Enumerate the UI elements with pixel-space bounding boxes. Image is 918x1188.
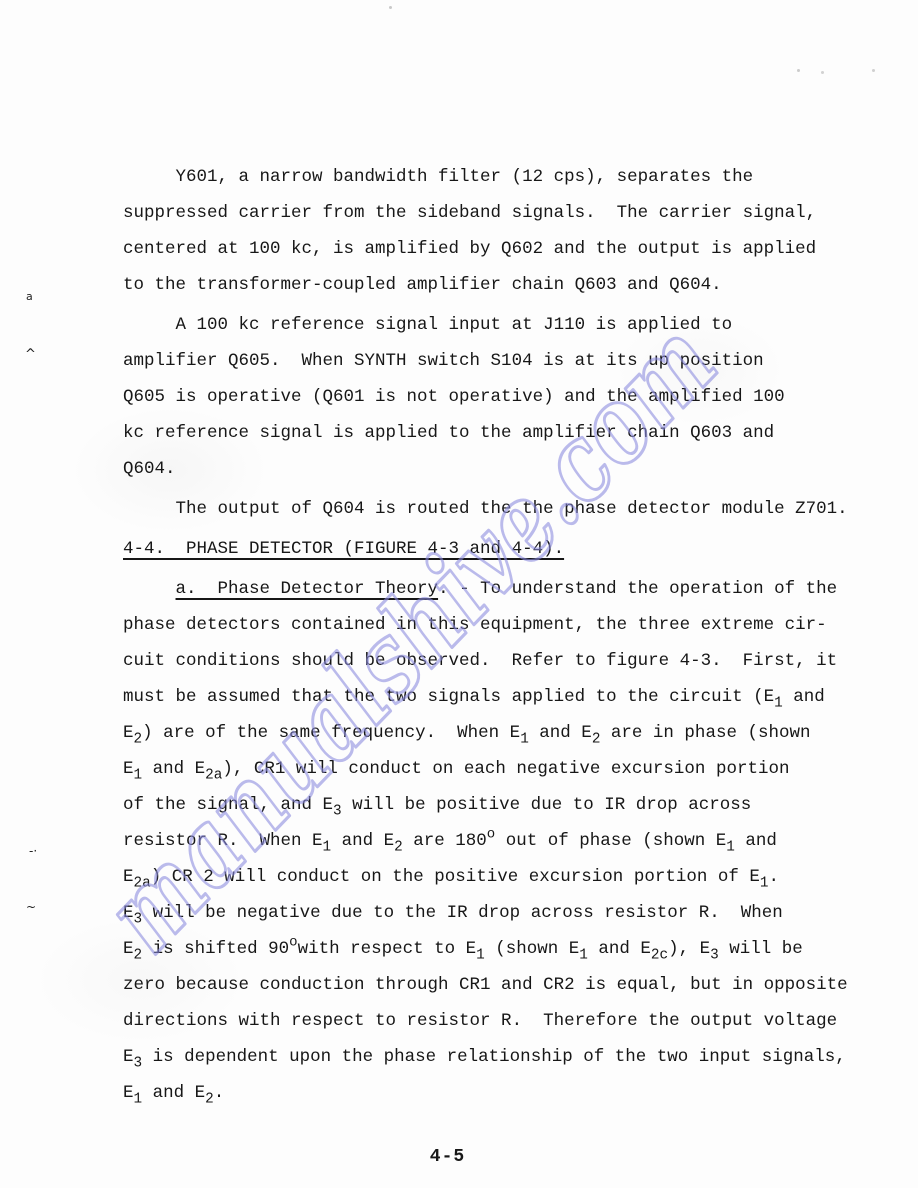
section-heading-4-4: 4-4. PHASE DETECTOR (FIGURE 4-3 and 4-4)… (123, 531, 883, 567)
text-line: resistor R. When E1 and E2 are 180o out … (123, 823, 883, 859)
text-line: E3 will be negative due to the IR drop a… (123, 895, 883, 931)
margin-mark: a (26, 291, 33, 302)
text-line: suppressed carrier from the sideband sig… (123, 195, 883, 231)
text-line: directions with respect to resistor R. T… (123, 1003, 883, 1039)
text-line: Q605 is operative (Q601 is not operative… (123, 379, 883, 415)
paragraph-1: Y601, a narrow bandwidth filter (12 cps)… (123, 159, 883, 303)
text-line: Q604. (123, 451, 883, 487)
text-line: amplifier Q605. When SYNTH switch S104 i… (123, 343, 883, 379)
text-line: E1 and E2. (123, 1075, 883, 1111)
text-line: E1 and E2a), CR1 will conduct on each ne… (123, 751, 883, 787)
scan-speck (389, 6, 392, 9)
scan-speck (797, 69, 800, 72)
text-line: Y601, a narrow bandwidth filter (12 cps)… (123, 159, 883, 195)
text-line: E3 is dependent upon the phase relations… (123, 1039, 883, 1075)
text-body: Y601, a narrow bandwidth filter (12 cps)… (123, 159, 883, 1115)
text-line: E2 is shifted 90owith respect to E1 (sho… (123, 931, 883, 967)
text-line: cuit conditions should be observed. Refe… (123, 643, 883, 679)
paragraph-4a-phase-detector-theory: a. Phase Detector Theory. - To understan… (123, 571, 883, 1111)
text-line: kc reference signal is applied to the am… (123, 415, 883, 451)
scanned-manual-page: Y601, a narrow bandwidth filter (12 cps)… (0, 0, 918, 1188)
text-line: to the transformer-coupled amplifier cha… (123, 267, 883, 303)
text-line: 4-4. PHASE DETECTOR (FIGURE 4-3 and 4-4)… (123, 531, 883, 567)
text-line: must be assumed that the two signals app… (123, 679, 883, 715)
text-line: of the signal, and E3 will be positive d… (123, 787, 883, 823)
paragraph-2: A 100 kc reference signal input at J110 … (123, 307, 883, 487)
text-line: a. Phase Detector Theory. - To understan… (123, 571, 883, 607)
margin-mark: -· (29, 845, 37, 857)
scan-speck (872, 69, 875, 72)
text-line: E2) are of the same frequency. When E1 a… (123, 715, 883, 751)
text-line: zero because conduction through CR1 and … (123, 967, 883, 1003)
paragraph-3: The output of Q604 is routed the the pha… (123, 491, 883, 527)
scan-speck (821, 71, 824, 74)
text-line: centered at 100 kc, is amplified by Q602… (123, 231, 883, 267)
margin-mark: ~ (26, 901, 36, 913)
page-number: 4-5 (0, 1147, 895, 1167)
text-line: A 100 kc reference signal input at J110 … (123, 307, 883, 343)
margin-mark: ^ (25, 348, 36, 361)
text-line: E2a) CR 2 will conduct on the positive e… (123, 859, 883, 895)
text-line: The output of Q604 is routed the the pha… (123, 491, 883, 527)
text-line: phase detectors contained in this equipm… (123, 607, 883, 643)
